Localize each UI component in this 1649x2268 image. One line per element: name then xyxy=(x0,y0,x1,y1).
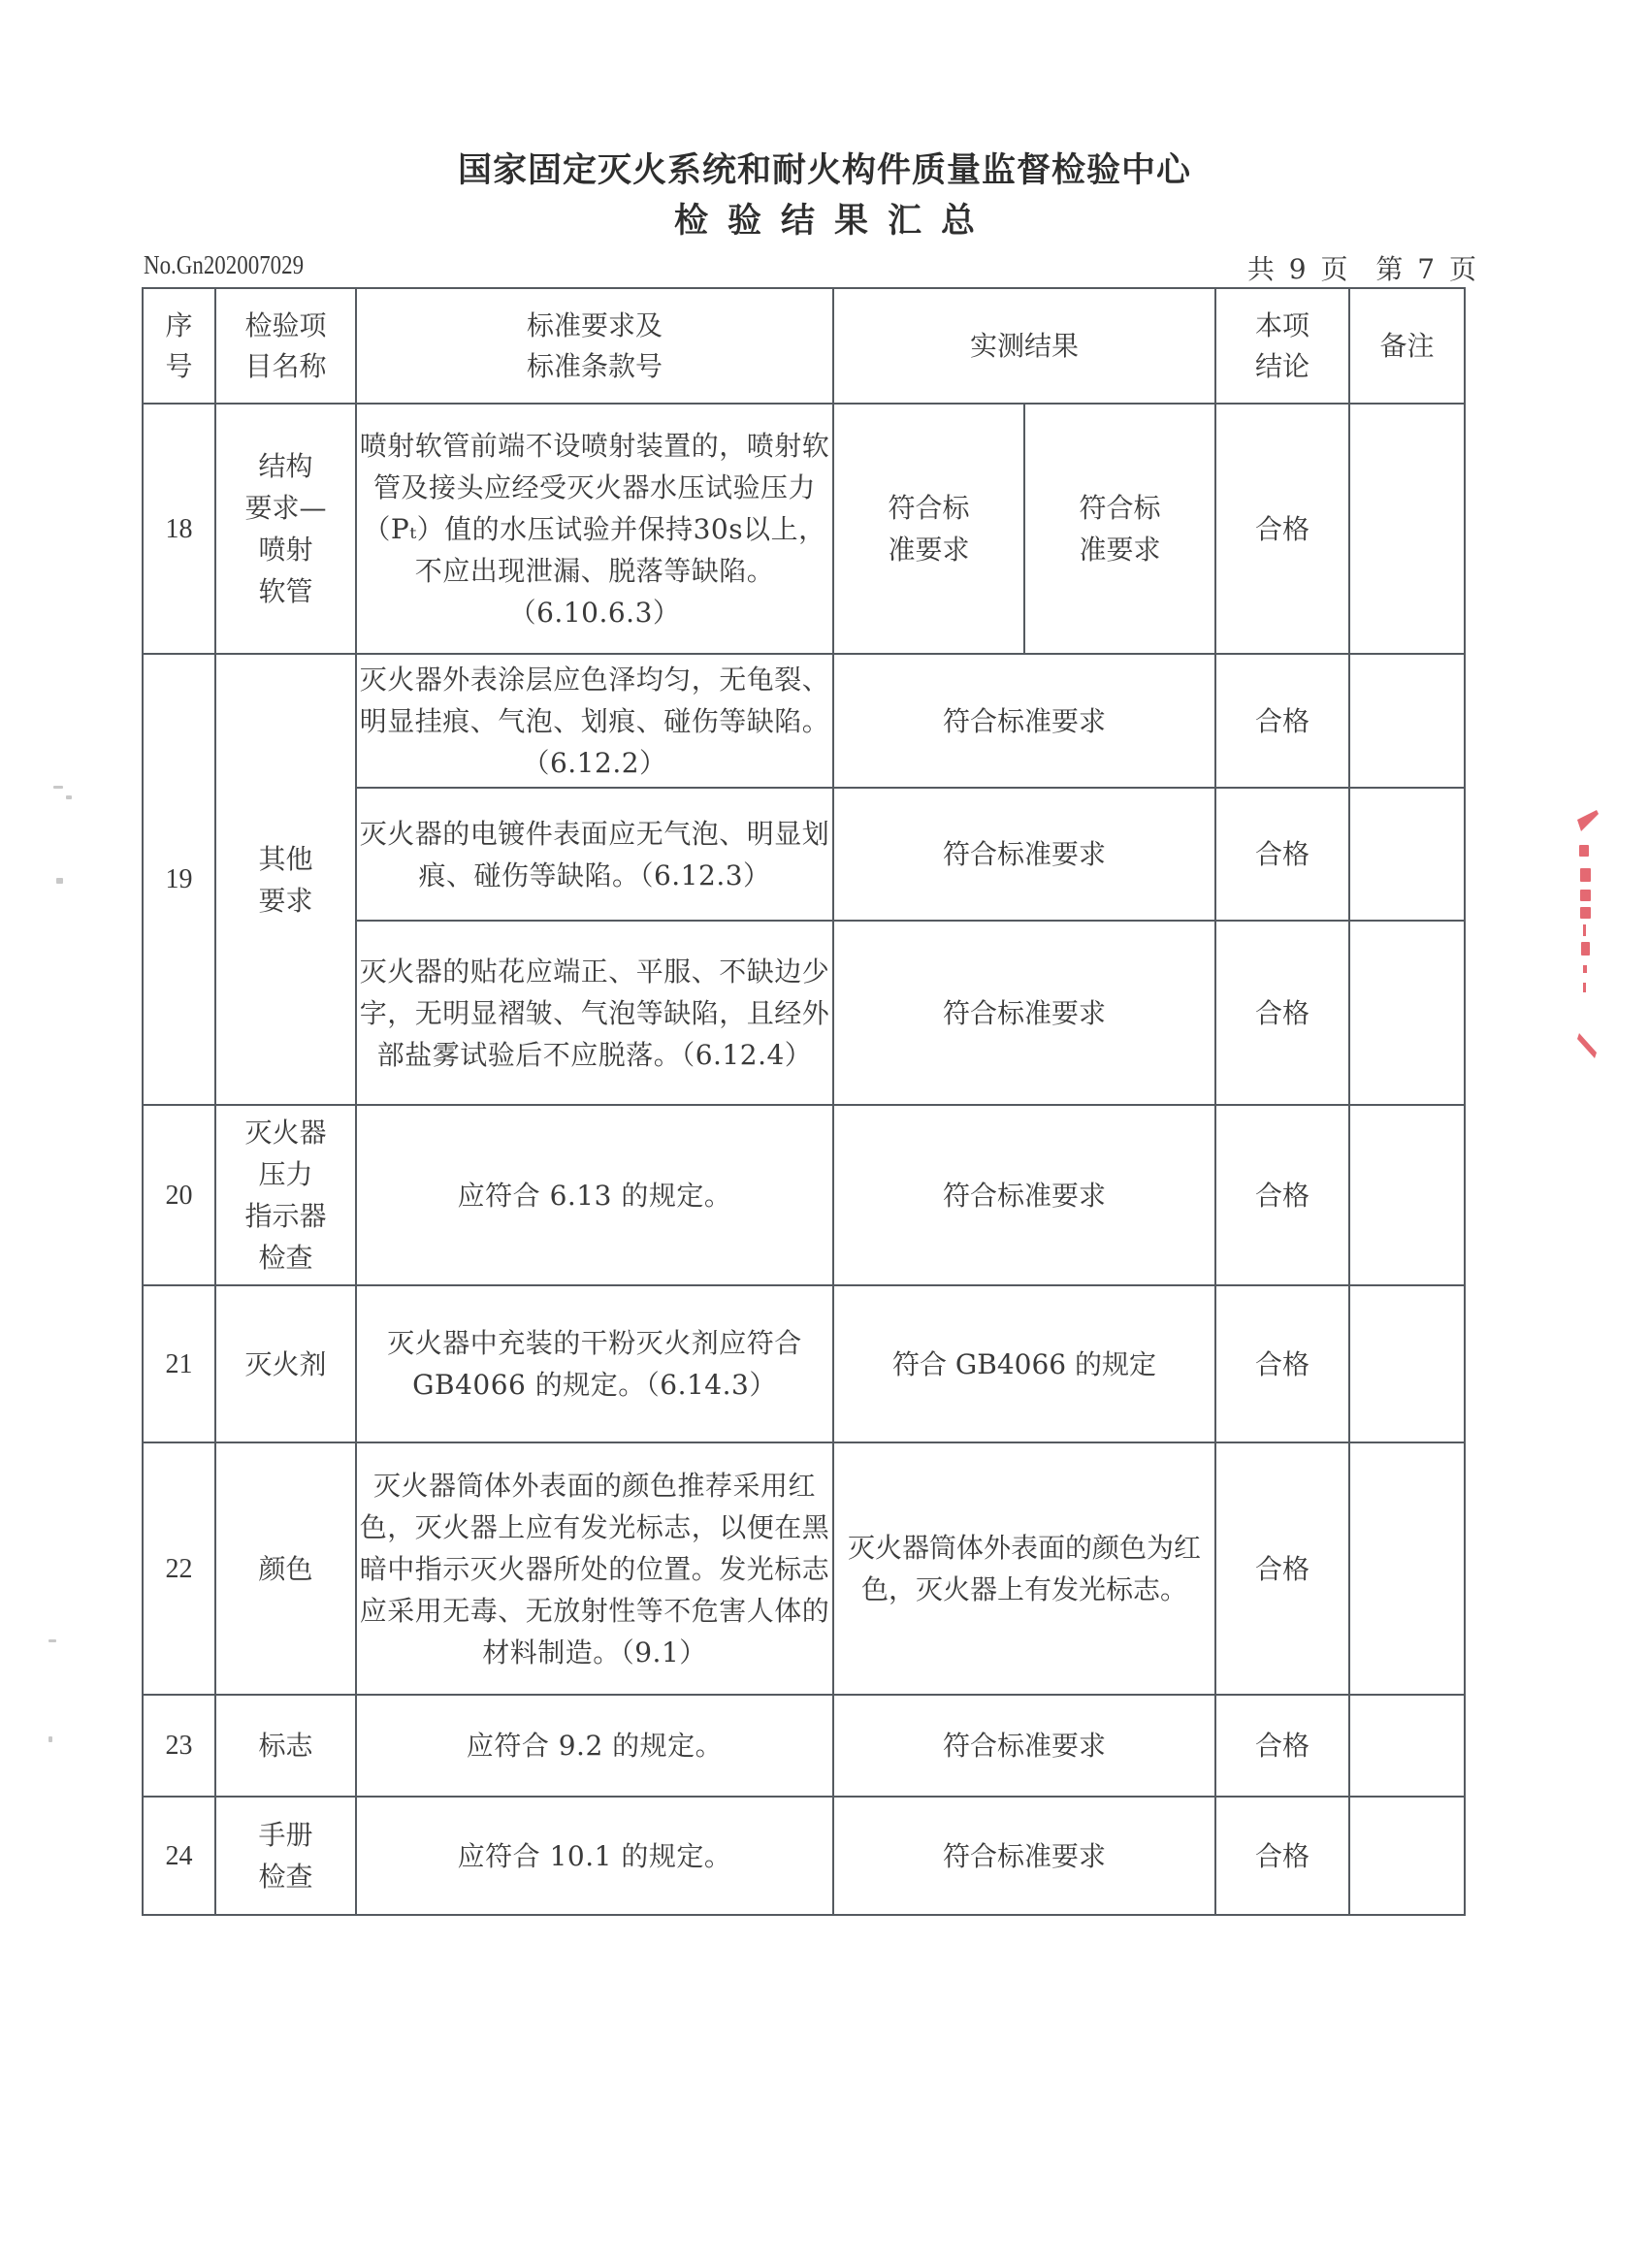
row-seq: 18 xyxy=(143,404,215,654)
col-header-conclusion: 本项 结论 xyxy=(1215,288,1349,404)
row-remark xyxy=(1349,654,1465,788)
row-requirement: 应符合 9.2 的规定。 xyxy=(356,1695,833,1797)
table-row: 18 结构 要求— 喷射 软管 喷射软管前端不设喷射装置的，喷射软管及接头应经受… xyxy=(143,404,1465,654)
report-number: No.Gn202007029 xyxy=(144,250,304,280)
row-remark xyxy=(1349,1105,1465,1285)
row-item: 手册 检查 xyxy=(215,1797,356,1915)
row-item: 结构 要求— 喷射 软管 xyxy=(215,404,356,654)
row-result: 符合标准要求 xyxy=(833,1105,1215,1285)
document-title: 检验结果汇总 xyxy=(0,194,1649,243)
row-requirement: 灭火器筒体外表面的颜色推荐采用红色，灭火器上应有发光标志，以便在黑暗中指示灭火器… xyxy=(356,1442,833,1695)
row-result-b: 符合标 准要求 xyxy=(1024,404,1215,654)
row-remark xyxy=(1349,788,1465,921)
seal-stamp-edge xyxy=(1571,810,1600,1067)
row-item: 灭火器 压力 指示器 检查 xyxy=(215,1105,356,1285)
row-conclusion: 合格 xyxy=(1215,1442,1349,1695)
row-result: 灭火器筒体外表面的颜色为红色，灭火器上有发光标志。 xyxy=(833,1442,1215,1695)
row-conclusion: 合格 xyxy=(1215,1285,1349,1442)
table-row: 24 手册 检查 应符合 10.1 的规定。 符合标准要求 合格 xyxy=(143,1797,1465,1915)
row-seq: 21 xyxy=(143,1285,215,1442)
row-remark xyxy=(1349,1695,1465,1797)
row-seq: 22 xyxy=(143,1442,215,1695)
results-table: 序 号 检验项 目名称 标准要求及 标准条款号 实测结果 本项 结论 备注 18… xyxy=(142,287,1466,1916)
row-result: 符合标准要求 xyxy=(833,1797,1215,1915)
row-result: 符合标准要求 xyxy=(833,1695,1215,1797)
scan-speck xyxy=(66,795,72,799)
row-conclusion: 合格 xyxy=(1215,1105,1349,1285)
col-header-remark: 备注 xyxy=(1349,288,1465,404)
row-item: 标志 xyxy=(215,1695,356,1797)
page-info: 共 9 页 第 7 页 xyxy=(1234,248,1476,287)
table-row: 23 标志 应符合 9.2 的规定。 符合标准要求 合格 xyxy=(143,1695,1465,1797)
row-conclusion: 合格 xyxy=(1215,1695,1349,1797)
row-requirement: 应符合 10.1 的规定。 xyxy=(356,1797,833,1915)
table-row: 19 其他 要求 灭火器外表涂层应色泽均匀，无龟裂、明显挂痕、气泡、划痕、碰伤等… xyxy=(143,654,1465,788)
row-item: 颜色 xyxy=(215,1442,356,1695)
row-conclusion: 合格 xyxy=(1215,404,1349,654)
row-conclusion: 合格 xyxy=(1215,788,1349,921)
institution-title: 国家固定灭火系统和耐火构件质量监督检验中心 xyxy=(0,144,1649,192)
row-requirement: 灭火器外表涂层应色泽均匀，无龟裂、明显挂痕、气泡、划痕、碰伤等缺陷。（6.12.… xyxy=(356,654,833,788)
table-row: 20 灭火器 压力 指示器 检查 应符合 6.13 的规定。 符合标准要求 合格 xyxy=(143,1105,1465,1285)
row-remark xyxy=(1349,404,1465,654)
col-header-seq: 序 号 xyxy=(143,288,215,404)
scan-speck xyxy=(56,878,63,884)
row-remark xyxy=(1349,921,1465,1105)
header-row: 序 号 检验项 目名称 标准要求及 标准条款号 实测结果 本项 结论 备注 xyxy=(143,288,1465,404)
current-page: 第 7 页 xyxy=(1375,253,1476,285)
row-result-a: 符合标 准要求 xyxy=(833,404,1024,654)
row-seq: 19 xyxy=(143,654,215,1105)
table-row: 22 颜色 灭火器筒体外表面的颜色推荐采用红色，灭火器上应有发光标志，以便在黑暗… xyxy=(143,1442,1465,1695)
row-seq: 20 xyxy=(143,1105,215,1285)
row-result: 符合标准要求 xyxy=(833,654,1215,788)
row-requirement: 灭火器中充装的干粉灭火剂应符合 GB4066 的规定。（6.14.3） xyxy=(356,1285,833,1442)
col-header-requirement: 标准要求及 标准条款号 xyxy=(356,288,833,404)
scan-speck xyxy=(48,1736,52,1742)
row-remark xyxy=(1349,1797,1465,1915)
row-item: 其他 要求 xyxy=(215,654,356,1105)
row-result: 符合标准要求 xyxy=(833,921,1215,1105)
total-pages: 共 9 页 xyxy=(1247,253,1348,285)
row-requirement: 灭火器的电镀件表面应无气泡、明显划痕、碰伤等缺陷。（6.12.3） xyxy=(356,788,833,921)
row-requirement: 喷射软管前端不设喷射装置的，喷射软管及接头应经受灭火器水压试验压力（Pₜ）值的水… xyxy=(356,404,833,654)
scan-speck xyxy=(48,1639,56,1642)
row-item: 灭火剂 xyxy=(215,1285,356,1442)
scan-speck xyxy=(53,786,63,789)
row-conclusion: 合格 xyxy=(1215,1797,1349,1915)
row-seq: 23 xyxy=(143,1695,215,1797)
col-header-result: 实测结果 xyxy=(833,288,1215,404)
row-seq: 24 xyxy=(143,1797,215,1915)
row-requirement: 灭火器的贴花应端正、平服、不缺边少字，无明显褶皱、气泡等缺陷，且经外部盐雾试验后… xyxy=(356,921,833,1105)
row-result: 符合标准要求 xyxy=(833,788,1215,921)
row-requirement: 应符合 6.13 的规定。 xyxy=(356,1105,833,1285)
row-conclusion: 合格 xyxy=(1215,654,1349,788)
row-remark xyxy=(1349,1285,1465,1442)
row-conclusion: 合格 xyxy=(1215,921,1349,1105)
table-row: 21 灭火剂 灭火器中充装的干粉灭火剂应符合 GB4066 的规定。（6.14.… xyxy=(143,1285,1465,1442)
col-header-item: 检验项 目名称 xyxy=(215,288,356,404)
row-remark xyxy=(1349,1442,1465,1695)
row-result: 符合 GB4066 的规定 xyxy=(833,1285,1215,1442)
